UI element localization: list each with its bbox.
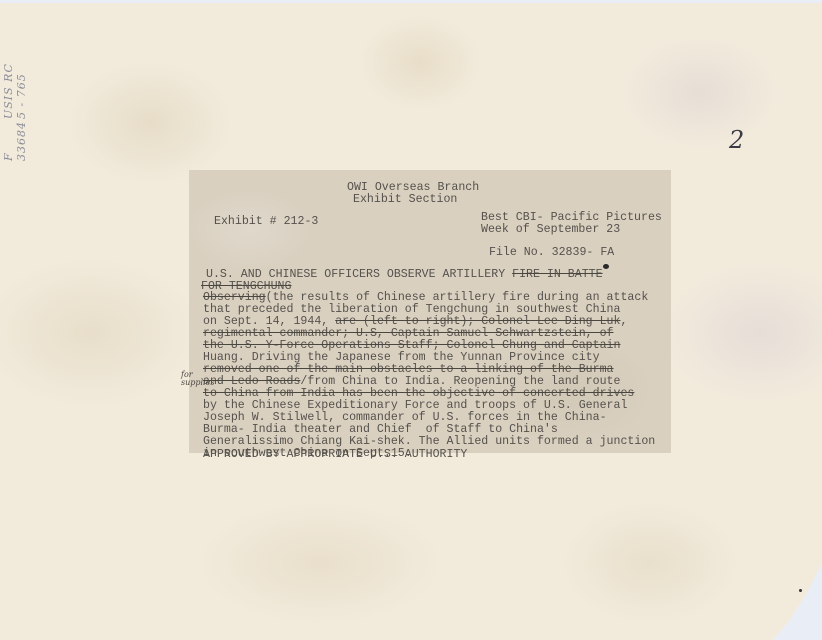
org-section: Exhibit Section (353, 194, 457, 207)
headline-mid: ARTILLERY (436, 268, 513, 281)
exhibit-number: Exhibit # 212-3 (214, 216, 318, 229)
file-number: File No. 32839- FA (489, 247, 614, 260)
ink-blot (603, 264, 609, 269)
series-week: Week of September 23 (481, 224, 620, 237)
ink-spot (799, 589, 802, 592)
archive-number-1: F 33684 (2, 121, 36, 161)
archive-number-2: USIS RC 5 - 765 (2, 51, 36, 119)
photo-back-paper: F 33684 USIS RC 5 - 765 2 OWI Overseas B… (0, 3, 822, 640)
handwritten-archive-numbers: F 33684 USIS RC 5 - 765 (2, 51, 36, 161)
approval-line: APPROVED BY APPROPRIATE U.S. AUTHORITY (203, 448, 467, 461)
headline-struck: FIRE IN BATTE (512, 268, 602, 281)
handwritten-page-number: 2 (729, 126, 744, 154)
caption-label: OWI Overseas Branch Exhibit Section Exhi… (189, 170, 671, 453)
